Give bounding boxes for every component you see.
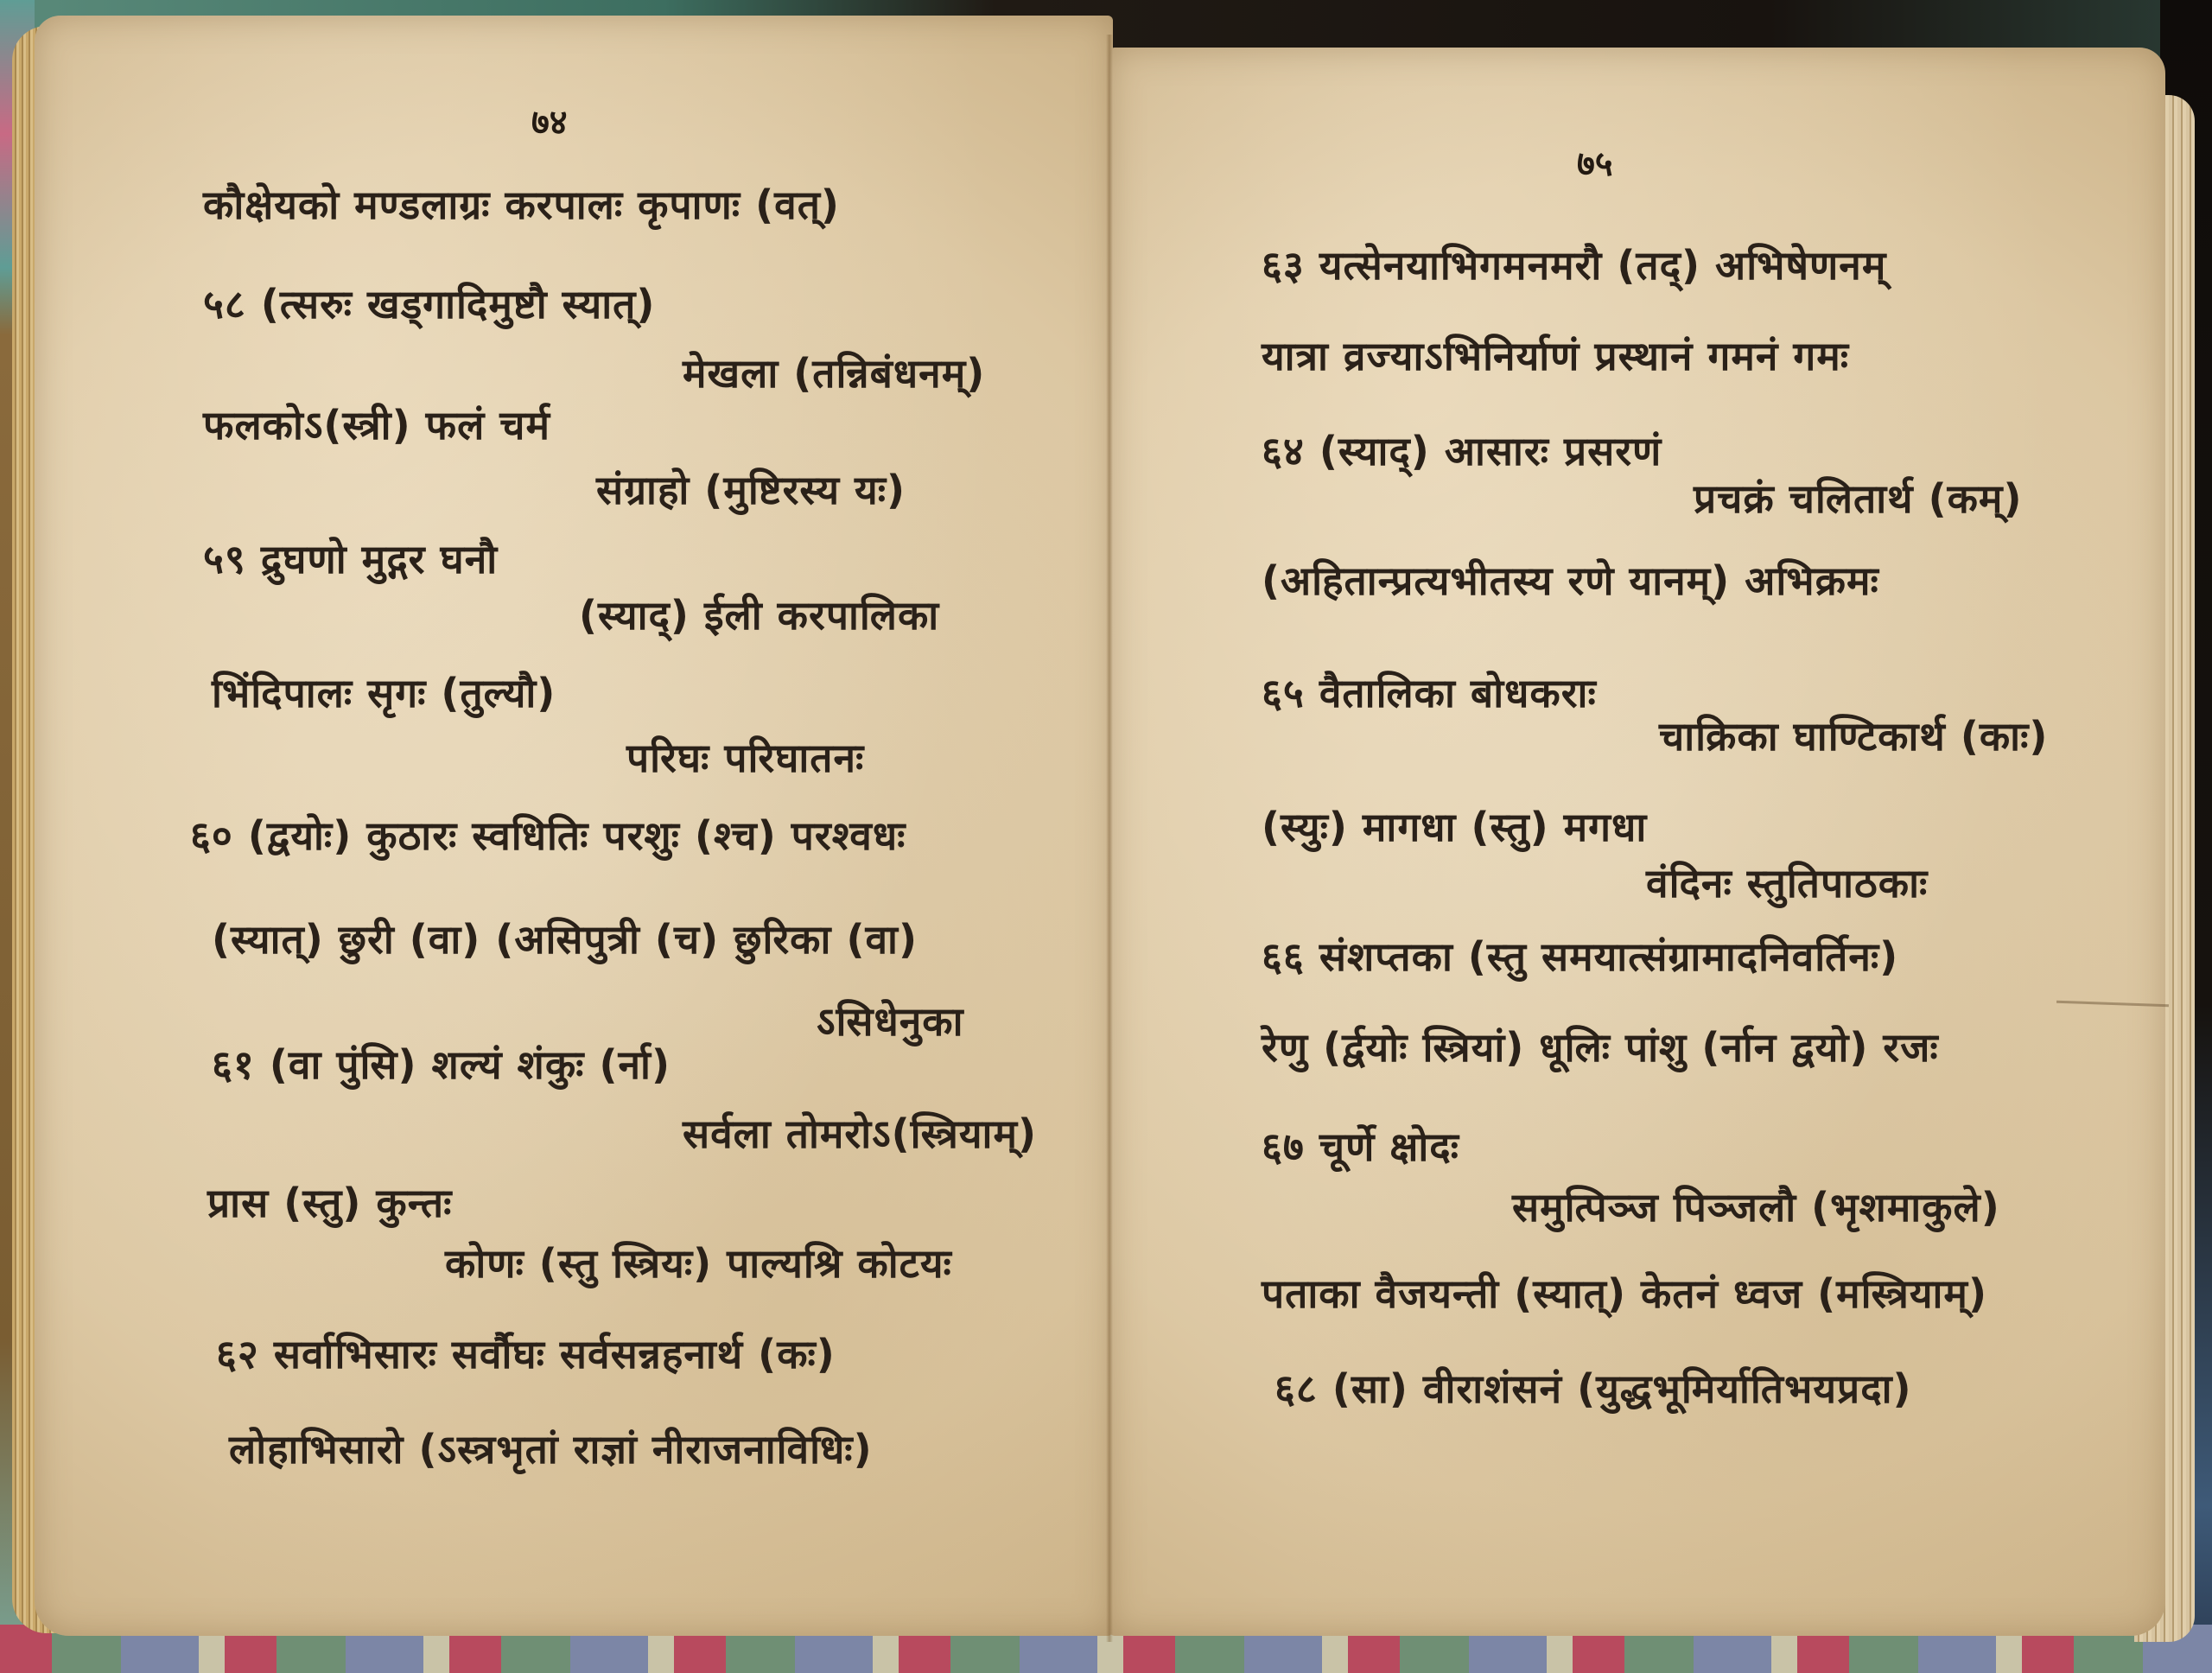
manuscript-line: ६४ (स्याद्) आसारः प्रसरणं [1262,423,1662,477]
manuscript-line: वंदिनः स्तुतिपाठकाः [1646,856,1928,909]
manuscript-line: ६३ यत्सेनयाभिगमनमरौ (तद्) अभिषेणनम् [1262,238,1886,291]
manuscript-line: ५९ द्रुघणो मुद्गर घनौ [203,531,498,585]
manuscript-line: रेणु (र्द्वयोः स्त्रियां) धूलिः पांशु (र… [1262,1020,1939,1073]
page-number-left: ७४ [531,97,568,144]
manuscript-line: परिघः परिघातनः [626,730,864,784]
manuscript-line: यात्रा व्रज्याऽभिनिर्याणं प्रस्थानं गमनं… [1262,328,1849,382]
manuscript-line: चाक्रिका घाण्टिकार्थ (काः) [1659,709,2048,762]
manuscript-line: ५८ (त्सरुः खड्गादिमुष्टौ स्यात्) [203,277,655,330]
manuscript-line: (स्याद्) ईली करपालिका [579,588,939,641]
book-spine [1106,35,1113,1642]
manuscript-line: पताका वैजयन्ती (स्यात्) केतनं ध्वज (मस्त… [1262,1266,1987,1320]
manuscript-line: कौक्षेयको मण्डलाग्रः करपालः कृपाणः (वत्) [203,177,840,231]
manuscript-line: ६२ सर्वाभिसारः सर्वौघः सर्वसन्नहनार्थ (क… [216,1326,836,1380]
manuscript-line: ऽसिधेनुका [817,994,964,1047]
manuscript-line: (स्युः) मागधा (स्तु) मगधा [1262,799,1647,853]
manuscript-line: ६८ (सा) वीराशंसनं (युद्धभूमिर्यातिभयप्रद… [1274,1361,1912,1415]
manuscript-line: संग्राहो (मुष्टिरस्य यः) [596,462,906,516]
manuscript-line: समुत्पिञ्ज पिञ्जलौ (भृशमाकुले) [1512,1180,2000,1233]
manuscript-line: भिंदिपालः सृगः (तुल्यौ) [212,665,556,719]
manuscript-line: प्रास (स्तु) कुन्तः [207,1175,452,1229]
page-number-right: ७५ [1577,138,1613,186]
manuscript-line: ६५ वैतालिका बोधकराः [1262,665,1597,719]
manuscript-line: ६७ चूर्णे क्षोदः [1262,1119,1459,1173]
manuscript-line: फलकोऽ(स्त्री) फलं चर्म [203,398,550,451]
manuscript-line: ६६ संशप्तका (स्तु समयात्संग्रामादनिवर्ति… [1262,929,1898,983]
manuscript-line: (स्यात्) छुरी (वा) (असिपुत्री (च) छुरिका… [212,912,918,965]
manuscript-line: ६० (द्वयोः) कुठारः स्वधितिः परशुः (श्च) … [190,808,906,862]
manuscript-line: (अहितान्प्रत्यभीतस्य रणे यानम्) अभिक्रमः [1262,553,1879,607]
manuscript-line: सर्वला तोमरोऽ(स्त्रियाम्) [683,1106,1037,1160]
manuscript-line: ६१ (वा पुंसि) शल्यं शंकुः (र्ना) [212,1037,671,1091]
manuscript-line: प्रचक्रं चलितार्थ (कम्) [1694,471,2022,525]
manuscript-line: लोहाभिसारो (ऽस्त्रभृतां राज्ञां नीराजनाव… [229,1422,873,1475]
manuscript-line: मेखला (तन्निबंधनम्) [683,346,985,399]
manuscript-line: कोणः (स्तु स्त्रियः) पाल्यश्रि कोटयः [445,1236,952,1289]
